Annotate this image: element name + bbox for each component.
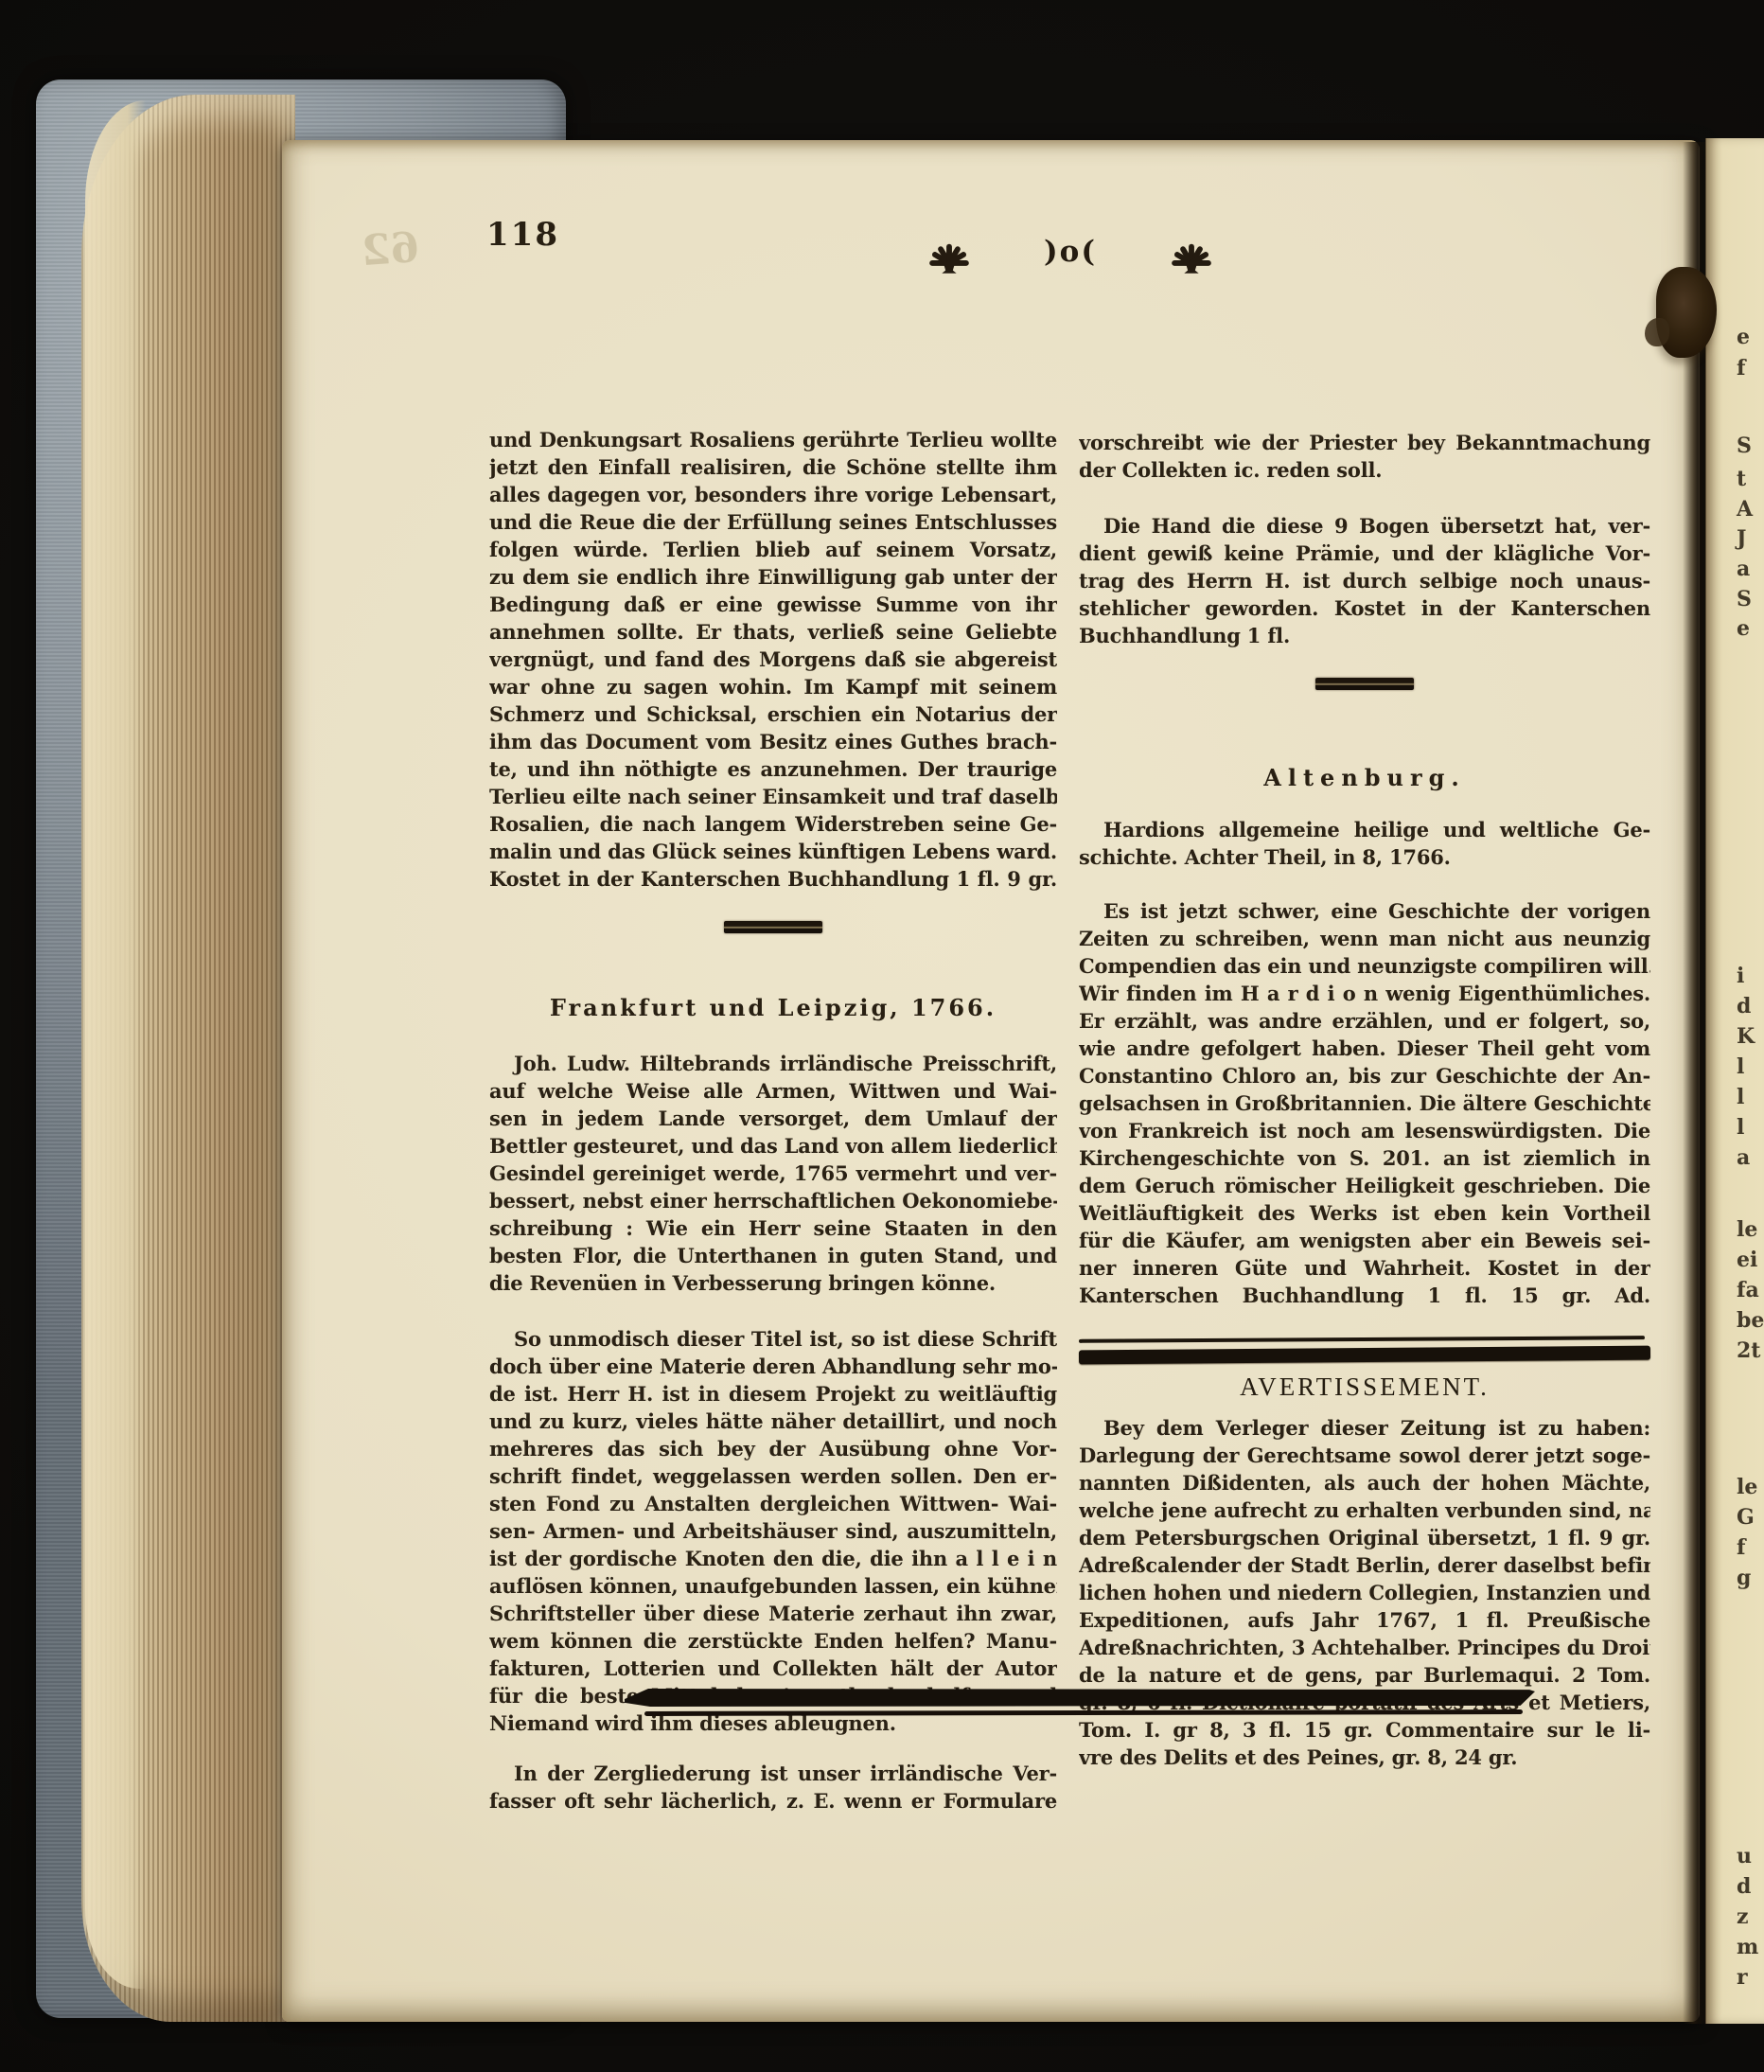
text-line: malin und das Glück seines künftigen Leb… bbox=[489, 838, 1057, 865]
section-heading-avertissement: AVERTISSEMENT. bbox=[1079, 1373, 1650, 1401]
adjacent-page: efStAJaSeidKlllaleeifabe2tleGfgudzmr bbox=[1705, 138, 1764, 2024]
page-bottom-rule bbox=[625, 1689, 1535, 1715]
right-column: vorschreibt wie der Priester bey Bekannt… bbox=[1079, 429, 1650, 1771]
text-line: vre des Delits et des Peines, gr. 8, 24 … bbox=[1079, 1744, 1650, 1771]
text-line: jetzt den Einfall realisiren, die Schöne… bbox=[489, 453, 1057, 481]
text-line: Kostet in der Kanterschen Buchhandlung 1… bbox=[489, 865, 1057, 893]
text-fragment: m bbox=[1737, 1935, 1758, 1959]
text-fragment: l bbox=[1737, 1085, 1744, 1109]
text-fragment: t bbox=[1737, 467, 1746, 491]
text-fragment: r bbox=[1737, 1965, 1748, 1990]
text-fragment: S bbox=[1737, 434, 1752, 458]
text-fragment: u bbox=[1737, 1844, 1752, 1868]
text-fragment: J bbox=[1737, 526, 1746, 551]
text-fragment: S bbox=[1737, 587, 1752, 611]
text-line: Kirchengeschichte von S. 201. an ist zie… bbox=[1079, 1144, 1650, 1172]
text-line: nannten Dißidenten, als auch der hohen M… bbox=[1079, 1469, 1650, 1496]
paragraph: vorschreibt wie der Priester bey Bekannt… bbox=[1079, 429, 1650, 484]
text-fragment: g bbox=[1737, 1566, 1751, 1590]
text-fragment: z bbox=[1737, 1904, 1749, 1929]
text-line: mehreres das sich bey der Ausübung ohne … bbox=[489, 1435, 1057, 1462]
text-fragment: l bbox=[1737, 1054, 1744, 1079]
text-line: für die Käufer, am wenigsten aber ein Be… bbox=[1079, 1227, 1650, 1254]
text-line: Kanterschen Buchhandlung 1 fl. 15 gr. Ad… bbox=[1079, 1282, 1650, 1309]
text-fragment: ei bbox=[1737, 1248, 1757, 1272]
text-fragment: f bbox=[1737, 1535, 1745, 1560]
text-line: ist der gordische Knoten den die, die ih… bbox=[489, 1545, 1057, 1572]
text-line: zu dem sie endlich ihre Einwilligung gab… bbox=[489, 563, 1057, 591]
text-line: Expeditionen, aufs Jahr 1767, 1 fl. Preu… bbox=[1079, 1606, 1650, 1634]
text-line: schrift findet, weggelassen werden solle… bbox=[489, 1462, 1057, 1490]
text-line: fasser oft sehr lächerlich, z. E. wenn e… bbox=[489, 1787, 1057, 1815]
text-line: Tom. I. gr 8, 3 fl. 15 gr. Commentaire s… bbox=[1079, 1716, 1650, 1744]
page-stack-edges bbox=[81, 95, 295, 2022]
ink-showthrough: 62 bbox=[360, 223, 421, 275]
left-column: und Denkungsart Rosaliens gerührte Terli… bbox=[489, 426, 1057, 1815]
text-line: schichte. Achter Theil, in 8, 1766. bbox=[1079, 843, 1650, 871]
text-line: sen- Armen- und Arbeitshäuser sind, ausz… bbox=[489, 1517, 1057, 1545]
text-line: ihm das Document vom Besitz eines Guthes… bbox=[489, 728, 1057, 755]
text-line: auflösen können, unaufgebunden lassen, e… bbox=[489, 1572, 1057, 1600]
text-fragment: l bbox=[1737, 1115, 1744, 1140]
text-line: Es ist jetzt schwer, eine Geschichte der… bbox=[1079, 897, 1650, 925]
text-line: Die Hand die diese 9 Bogen übersetzt hat… bbox=[1079, 512, 1650, 540]
text-fragment: a bbox=[1737, 1145, 1750, 1170]
text-line: wie andre gefolgert haben. Dieser Theil … bbox=[1079, 1035, 1650, 1062]
text-line: So unmodisch dieser Titel ist, so ist di… bbox=[489, 1325, 1057, 1353]
text-fragment: A bbox=[1737, 497, 1753, 522]
text-line: te, und ihn nöthigte es anzunehmen. Der … bbox=[489, 755, 1057, 783]
text-fragment: le bbox=[1737, 1217, 1757, 1242]
text-line: folgen würde. Terlien blieb auf seinem V… bbox=[489, 536, 1057, 563]
page-gutter-shadow bbox=[1683, 142, 1707, 2024]
text-fragment: e bbox=[1737, 616, 1750, 641]
text-fragment: d bbox=[1737, 994, 1751, 1018]
paragraph: und Denkungsart Rosaliens gerührte Terli… bbox=[489, 426, 1057, 893]
paragraph: Es ist jetzt schwer, eine Geschichte der… bbox=[1079, 897, 1650, 1309]
paragraph: In der Zergliederung ist unser irrländis… bbox=[489, 1760, 1057, 1815]
text-fragment: d bbox=[1737, 1874, 1751, 1899]
section-heading-frankfurt: Frankfurt und Leipzig, 1766. bbox=[489, 994, 1057, 1021]
book-page: 62 118 )o( bbox=[282, 140, 1700, 2022]
text-line: vergnügt, und fand des Morgens daß sie a… bbox=[489, 646, 1057, 673]
text-line: schreibung : Wie ein Herr seine Staaten … bbox=[489, 1214, 1057, 1242]
section-divider bbox=[1315, 678, 1414, 690]
text-line: besten Flor, die Unterthanen in guten St… bbox=[489, 1242, 1057, 1269]
text-line: und Denkungsart Rosaliens gerührte Terli… bbox=[489, 426, 1057, 453]
text-line: Terlieu eilte nach seiner Einsamkeit und… bbox=[489, 783, 1057, 810]
text-line: Wir finden im H a r d i o n wenig Eigent… bbox=[1079, 980, 1650, 1007]
text-line: dem Geruch römischer Heiligkeit geschrie… bbox=[1079, 1172, 1650, 1199]
text-line: annehmen sollte. Er thats, verließ seine… bbox=[489, 618, 1057, 646]
text-fragment: K bbox=[1737, 1024, 1755, 1049]
shell-ornament-icon bbox=[1167, 233, 1216, 276]
rule-thin-line bbox=[1079, 1336, 1645, 1343]
text-line: Schmerz und Schicksal, erschien ein Nota… bbox=[489, 700, 1057, 728]
text-line: ner inneren Güte und Wahrheit. Kostet in… bbox=[1079, 1254, 1650, 1282]
section-heading-altenburg: Altenburg. bbox=[1079, 764, 1650, 791]
text-fragment: fa bbox=[1737, 1278, 1759, 1302]
text-fragment: i bbox=[1737, 964, 1744, 988]
text-line: lichen hohen und niedern Collegien, Inst… bbox=[1079, 1579, 1650, 1606]
rule-thin-line bbox=[644, 1709, 1523, 1716]
text-line: Joh. Ludw. Hiltebrands irrländische Prei… bbox=[489, 1050, 1057, 1077]
adjacent-page-text-fragments: efStAJaSeidKlllaleeifabe2tleGfgudzmr bbox=[1731, 138, 1764, 2024]
text-line: In der Zergliederung ist unser irrländis… bbox=[489, 1760, 1057, 1787]
text-line: Zeiten zu schreiben, wenn man nicht aus … bbox=[1079, 925, 1650, 952]
text-line: Buchhandlung 1 fl. bbox=[1079, 622, 1650, 649]
text-line: gelsachsen in Großbritannien. Die ältere… bbox=[1079, 1089, 1650, 1117]
text-line: Adreßnachrichten, 3 Achtehalber. Princip… bbox=[1079, 1634, 1650, 1661]
text-line: Darlegung der Gerechtsame sowol derer je… bbox=[1079, 1442, 1650, 1469]
text-fragment: be bbox=[1737, 1308, 1764, 1333]
text-line: Bettler gesteuret, und das Land von alle… bbox=[489, 1132, 1057, 1160]
text-line: Compendien das ein und neunzigste compil… bbox=[1079, 952, 1650, 980]
photo-background: 62 118 )o( bbox=[0, 0, 1764, 2072]
text-line: Weitläuftigkeit des Werks ist eben kein … bbox=[1079, 1199, 1650, 1227]
shell-ornament-icon bbox=[925, 233, 974, 276]
text-line: war ohne zu sagen wohin. Im Kampf mit se… bbox=[489, 673, 1057, 700]
text-line: und zu kurz, vieles hätte näher detailli… bbox=[489, 1408, 1057, 1435]
text-fragment: 2t bbox=[1737, 1338, 1760, 1363]
section-divider bbox=[724, 921, 822, 933]
text-line: Schriftsteller über diese Materie zerhau… bbox=[489, 1600, 1057, 1627]
text-line: doch über eine Materie deren Abhandlung … bbox=[489, 1353, 1057, 1380]
header-ornaments: )o( bbox=[489, 229, 1651, 280]
paragraph: Die Hand die diese 9 Bogen übersetzt hat… bbox=[1079, 512, 1650, 649]
text-line: Bedingung daß er eine gewisse Summe von … bbox=[489, 591, 1057, 618]
text-line: Hardions allgemeine heilige und weltlich… bbox=[1079, 816, 1650, 843]
paragraph: Hardions allgemeine heilige und weltlich… bbox=[1079, 816, 1650, 871]
text-line: de ist. Herr H. ist in diesem Projekt zu… bbox=[489, 1380, 1057, 1408]
text-fragment: f bbox=[1737, 356, 1745, 381]
text-line: der Collekten ic. reden soll. bbox=[1079, 456, 1650, 484]
text-line: vorschreibt wie der Priester bey Bekannt… bbox=[1079, 429, 1650, 456]
paragraph: Bey dem Verleger dieser Zeitung ist zu h… bbox=[1079, 1414, 1650, 1771]
text-line: trag des Herrn H. ist durch selbige noch… bbox=[1079, 567, 1650, 594]
text-line: auf welche Weise alle Armen, Wittwen und… bbox=[489, 1077, 1057, 1105]
text-fragment: a bbox=[1737, 557, 1750, 581]
rule-thick-bar bbox=[625, 1689, 1535, 1707]
text-line: und die Reue die der Erfüllung seines En… bbox=[489, 508, 1057, 536]
text-line: dem Petersburgschen Original übersetzt, … bbox=[1079, 1524, 1650, 1551]
rule-thick-bar bbox=[1079, 1346, 1650, 1365]
text-line: stehlicher geworden. Kostet in der Kante… bbox=[1079, 594, 1650, 622]
text-line: von Frankreich ist noch am lesenswürdigs… bbox=[1079, 1117, 1650, 1144]
text-line: bessert, nebst einer herrschaftlichen Oe… bbox=[489, 1187, 1057, 1214]
text-line: sen in jedem Lande versorget, dem Umlauf… bbox=[489, 1105, 1057, 1132]
text-fragment: G bbox=[1737, 1505, 1755, 1530]
header-separator: )o( bbox=[1044, 235, 1097, 274]
section-rule bbox=[1079, 1337, 1650, 1362]
text-line: sten Fond zu Anstalten dergleichen Wittw… bbox=[489, 1490, 1057, 1517]
text-fragment: e bbox=[1737, 325, 1750, 349]
text-line: Adreßcalender der Stadt Berlin, derer da… bbox=[1079, 1551, 1650, 1579]
text-fragment: le bbox=[1737, 1475, 1757, 1499]
text-line: wem können die zerstückte Enden helfen? … bbox=[489, 1627, 1057, 1655]
text-line: Constantino Chloro an, bis zur Geschicht… bbox=[1079, 1062, 1650, 1089]
text-line: dient gewiß keine Prämie, und der klägli… bbox=[1079, 540, 1650, 567]
text-line: Gesindel gereiniget werde, 1765 vermehrt… bbox=[489, 1160, 1057, 1187]
text-line: die Revenüen in Verbesserung bringen kön… bbox=[489, 1269, 1057, 1297]
paragraph: Joh. Ludw. Hiltebrands irrländische Prei… bbox=[489, 1050, 1057, 1297]
text-line: de la nature et de gens, par Burlemaqui.… bbox=[1079, 1661, 1650, 1689]
text-line: Rosalien, die nach langem Widerstreben s… bbox=[489, 810, 1057, 838]
text-line: Bey dem Verleger dieser Zeitung ist zu h… bbox=[1079, 1414, 1650, 1442]
text-line: alles dagegen vor, besonders ihre vorige… bbox=[489, 481, 1057, 508]
text-line: Er erzählt, was andre erzählen, und er f… bbox=[1079, 1007, 1650, 1035]
text-line: fakturen, Lotterien und Collekten hält d… bbox=[489, 1655, 1057, 1682]
text-line: welche jene aufrecht zu erhalten verbund… bbox=[1079, 1496, 1650, 1524]
paragraph: So unmodisch dieser Titel ist, so ist di… bbox=[489, 1325, 1057, 1737]
